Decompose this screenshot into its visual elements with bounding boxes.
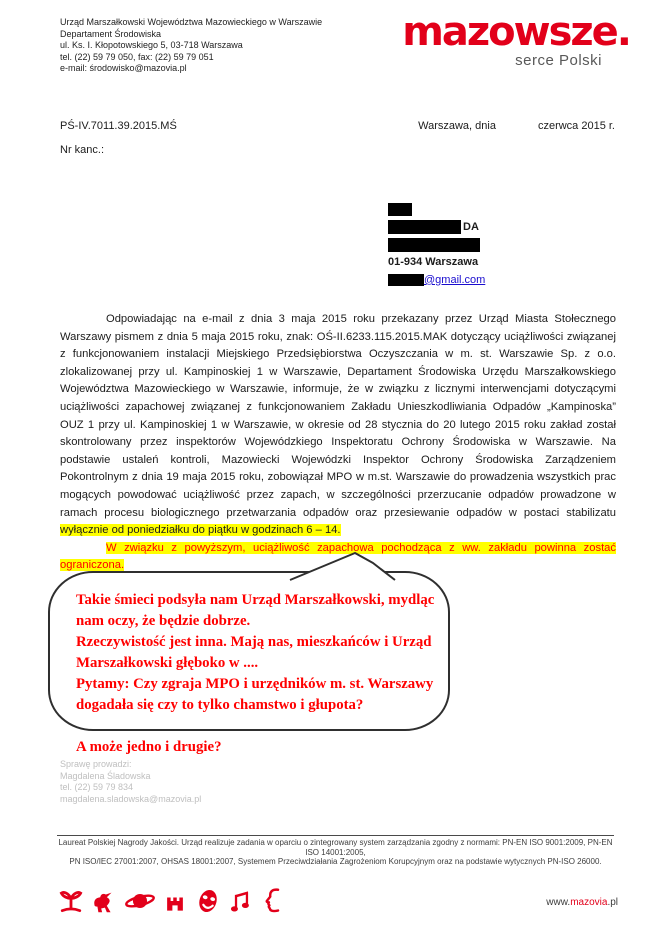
bubble-line: Takie śmieci podsyła nam Urząd Marszałko… — [76, 590, 448, 632]
case-handler-line: magdalena.sladowska@mazovia.pl — [60, 794, 201, 806]
music-notes-icon — [227, 886, 255, 916]
website-suffix: .pl — [607, 897, 618, 908]
sender-line: ul. Ks. I. Kłopotowskiego 5, 03-718 Wars… — [60, 40, 322, 52]
addressee-postal-city: 01-934 Warszawa — [388, 254, 485, 272]
disclaimer-line: PN ISO/IEC 27001:2007, OHSAS 18001:2007,… — [57, 857, 614, 867]
sender-line: e-mail: środowisko@mazovia.pl — [60, 63, 322, 75]
addressee-email-link[interactable]: @gmail.com — [424, 274, 485, 286]
redacted-street-bar — [388, 238, 480, 252]
footer-pictograms — [57, 886, 285, 916]
disclaimer-line: Laureat Polskiej Nagrody Jakości. Urząd … — [57, 838, 614, 857]
case-reference-number: PŚ-IV.7011.39.2015.MŚ — [60, 120, 177, 132]
bubble-line: Rzeczywistość jest inna. Mają nas, miesz… — [76, 632, 448, 674]
place-and-date: Warszawa, dniaczerwca 2015 r. — [418, 120, 615, 132]
case-handler-block: Sprawę prowadzi: Magdalena Śladowska tel… — [60, 759, 201, 805]
letter-body: Odpowiadając na e-mail z dnia 3 maja 201… — [60, 311, 616, 575]
castle-icon — [161, 886, 189, 916]
body-text-normal: Odpowiadając na e-mail z dnia 3 maja 201… — [60, 313, 616, 519]
body-paragraph-1: Odpowiadając na e-mail z dnia 3 maja 201… — [60, 311, 616, 540]
highlighted-sentence: wyłącznie od poniedziałku do piątku w go… — [60, 524, 341, 536]
case-handler-line: Sprawę prowadzi: — [60, 759, 201, 771]
addressee-block: DA 01-934 Warszawa @gmail.com — [388, 201, 485, 289]
bubble-line: A może jedno i drugie? — [76, 737, 448, 758]
head-profile-icon — [259, 886, 285, 916]
website-prefix: www. — [546, 897, 570, 908]
sender-line: Urząd Marszałkowski Województwa Mazowiec… — [60, 17, 322, 29]
redacted-name-bar — [388, 203, 412, 216]
quality-disclaimer: Laureat Polskiej Nagrody Jakości. Urząd … — [57, 835, 614, 867]
registry-number-label: Nr kanc.: — [60, 144, 104, 156]
addressee-name-suffix: DA — [463, 221, 479, 233]
theater-mask-icon — [193, 886, 223, 916]
planet-icon — [123, 886, 157, 916]
case-handler-line: Magdalena Śladowska — [60, 771, 201, 783]
redacted-name-bar — [388, 220, 461, 234]
redacted-email-bar — [388, 274, 424, 286]
bubble-line: Pytamy: Czy zgraja MPO i urzędników m. s… — [76, 674, 448, 716]
sender-address-block: Urząd Marszałkowski Województwa Mazowiec… — [60, 17, 322, 75]
sprout-icon — [57, 886, 85, 916]
bird-icon — [89, 886, 119, 916]
date-value: czerwca 2015 r. — [538, 120, 615, 132]
website-brand: mazovia — [570, 897, 607, 908]
letter-page: Urząd Marszałkowski Województwa Mazowiec… — [0, 0, 656, 927]
mazowsze-logo: mazowsze. serce Polski — [402, 8, 630, 69]
sender-line: Departament Środowiska — [60, 29, 322, 41]
case-handler-line: tel. (22) 59 79 834 — [60, 782, 201, 794]
speech-bubble-comment: Takie śmieci podsyła nam Urząd Marszałko… — [76, 590, 448, 758]
place-label: Warszawa, dnia — [418, 120, 496, 132]
logo-brand-text: mazowsze. — [402, 8, 630, 56]
sender-line: tel. (22) 59 79 050, fax: (22) 59 79 051 — [60, 52, 322, 64]
website-url[interactable]: www.mazovia.pl — [546, 897, 618, 908]
